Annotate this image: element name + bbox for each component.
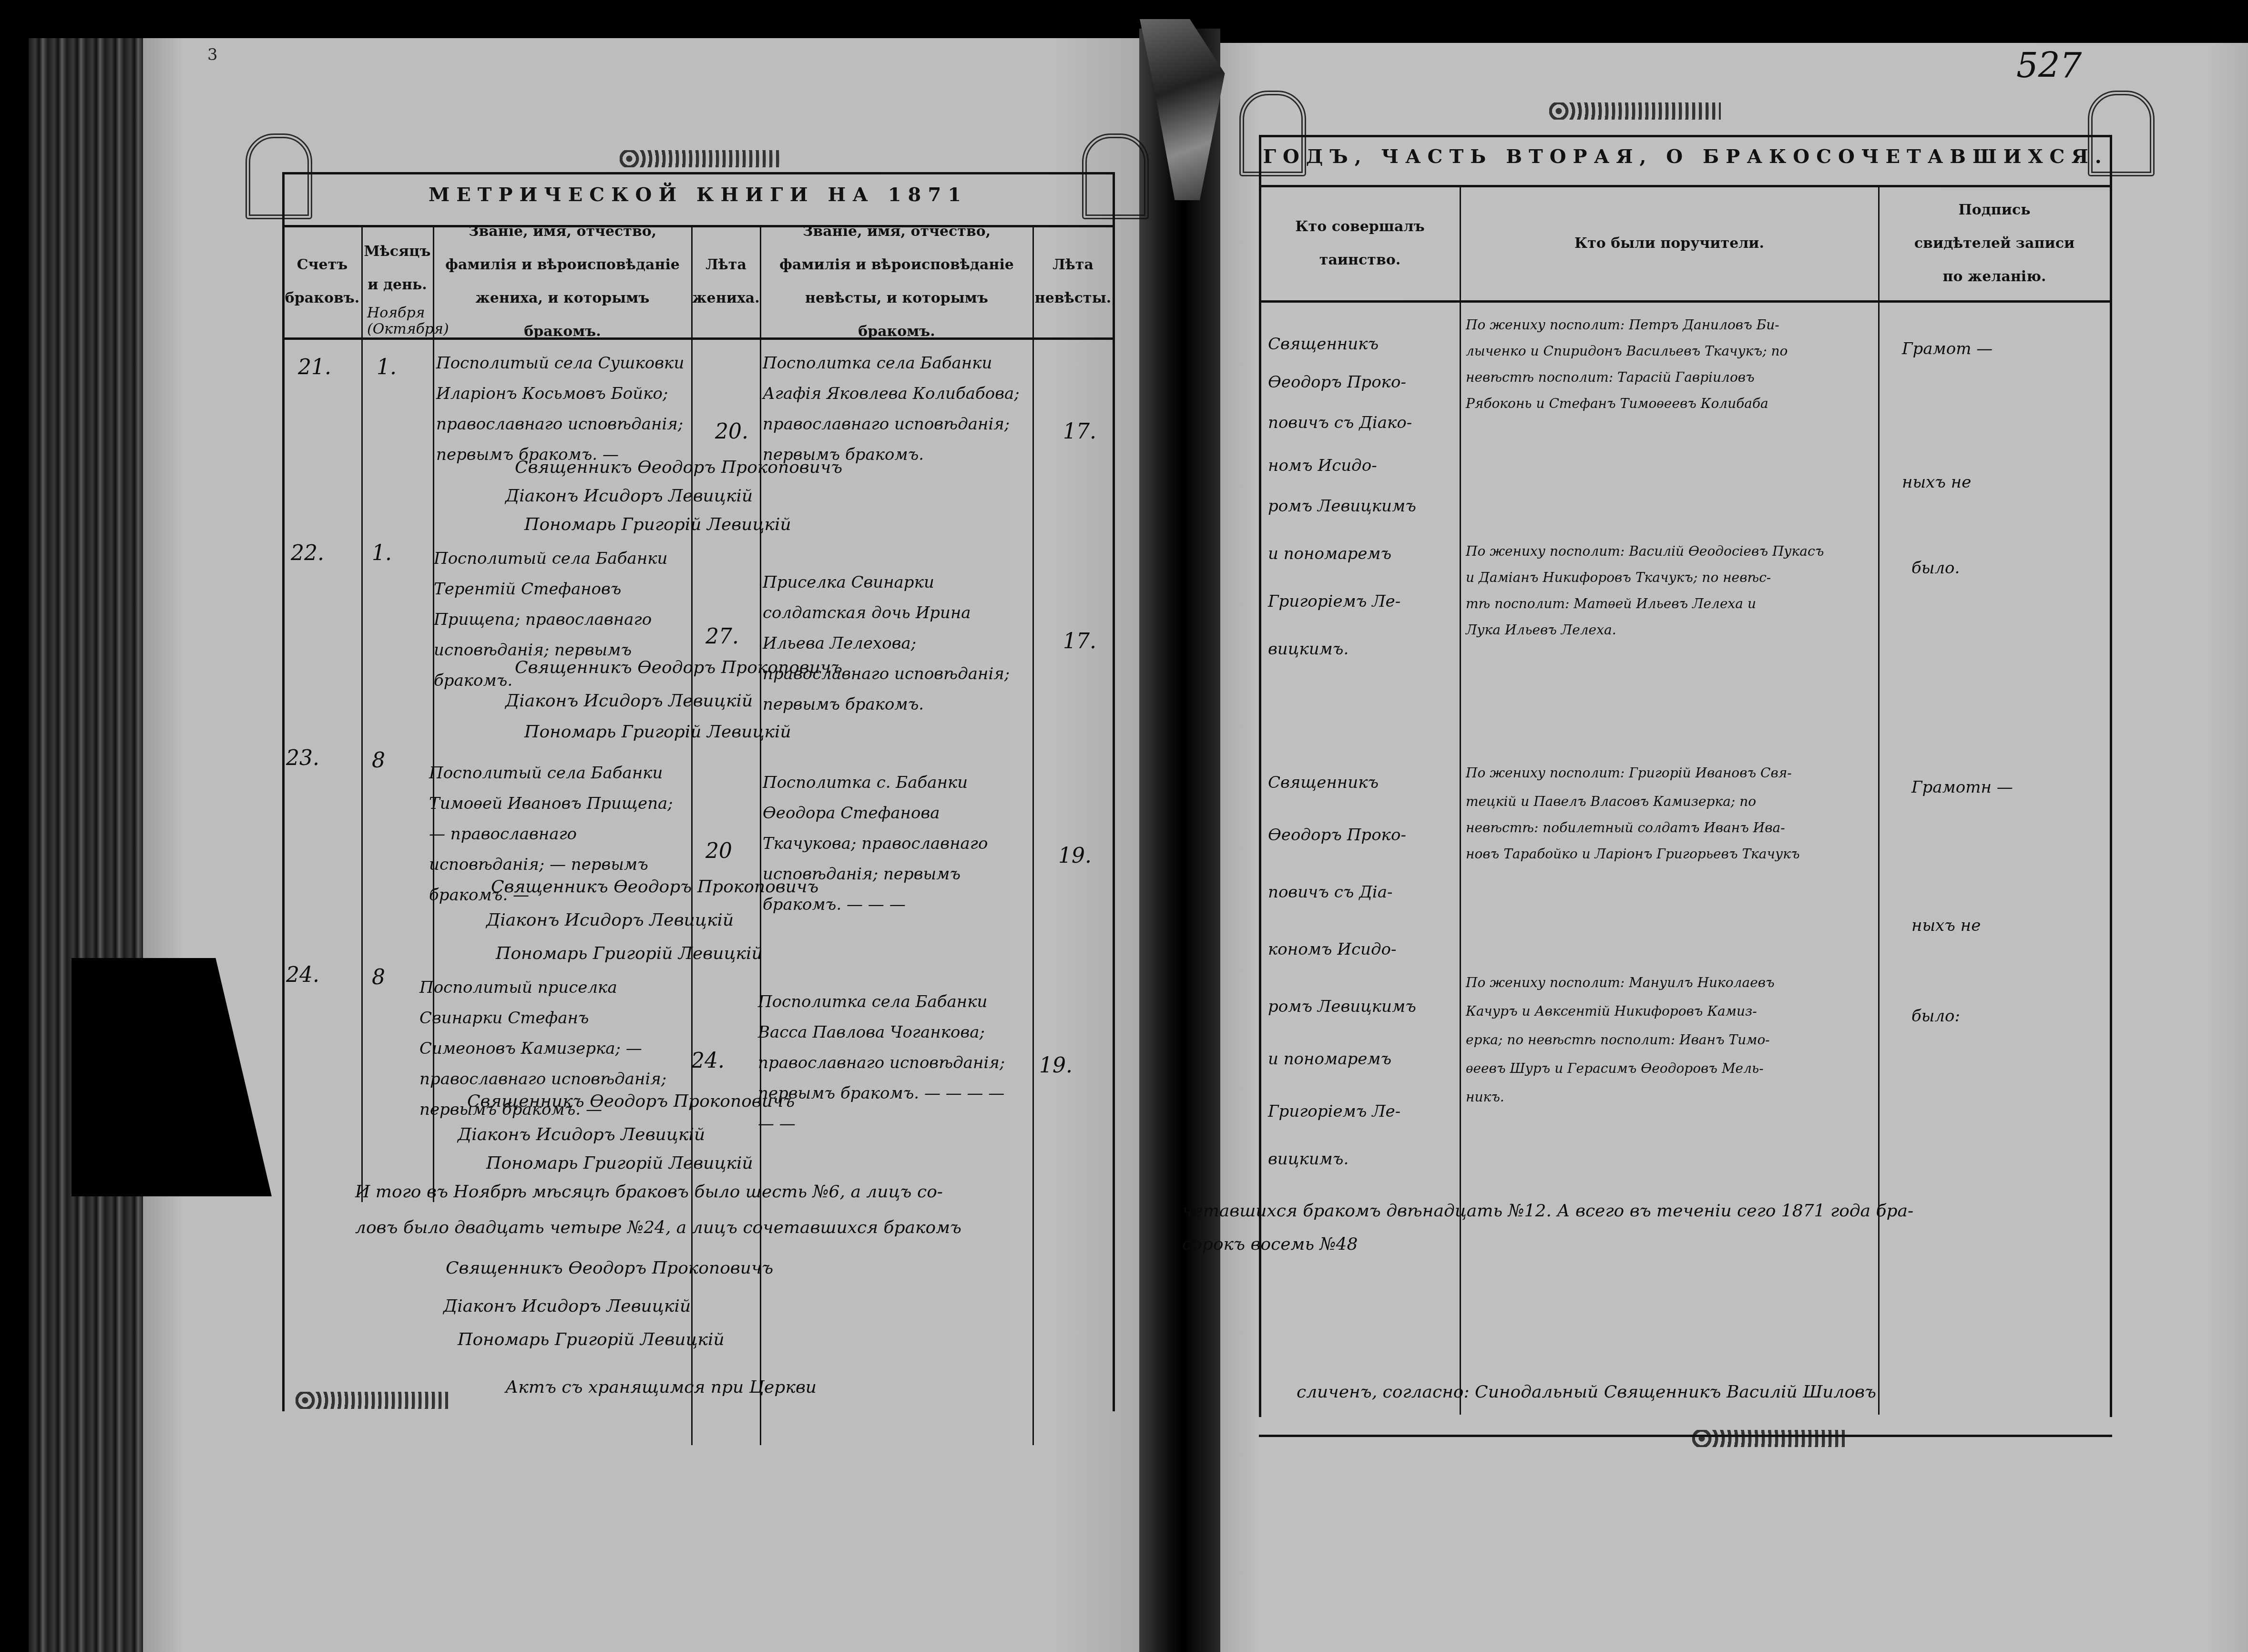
yearly-summary-line-2: сорокъ восемь №48 (1182, 1234, 1358, 1254)
officiant-line: Өеодоръ Проко- (1268, 367, 1406, 398)
witness-line: Грамот — (1902, 334, 1993, 364)
monthly-summary-line-2: ловъ было двадцать четыре №24, а лицъ со… (355, 1218, 961, 1237)
bottom-ornament-icon (1692, 1430, 1845, 1447)
signature-sexton: Пономарь Григорій Левицкій (486, 1153, 753, 1173)
officiant-line: вицкимъ. (1268, 634, 1349, 664)
corner-ornament-icon (1082, 133, 1149, 219)
groom-age: 20. (715, 419, 748, 444)
book-page-edges (29, 38, 153, 1652)
bride-age: 19. (1058, 844, 1092, 868)
top-ornament-icon (620, 150, 782, 167)
top-ornament-icon (1549, 102, 1721, 120)
col-header-sponsors: Кто были поручители. (1461, 188, 1877, 299)
sponsor-line: Лука Ильевъ Лелеха. (1466, 615, 1616, 645)
witness-line: было: (1911, 1001, 1960, 1031)
sponsor-line: По жениху посполит: Мануилъ Николаевъ (1466, 968, 1775, 998)
sponsor-line: никъ. (1466, 1082, 1504, 1112)
officiant-line: и пономаремъ (1268, 1044, 1391, 1074)
officiant-line: Григоріемъ Ле- (1268, 586, 1400, 617)
officiant-line: повичъ съ Діа- (1268, 877, 1392, 908)
signature-deacon: Діаконъ Исидоръ Левицкій (505, 691, 753, 711)
corner-ornament-icon (245, 133, 312, 219)
signature-priest: Священникъ Өеодоръ Прокоповичъ (467, 1091, 795, 1111)
bride-age: 17. (1063, 419, 1096, 444)
signature-sexton: Пономарь Григорій Левицкій (524, 515, 791, 534)
signature-priest: Священникъ Өеодоръ Прокоповичъ (515, 658, 842, 677)
bride-details: Приселка Свинарки солдатская дочь Ирина … (763, 567, 1030, 720)
yearly-summary-line-1: четавшихся бракомъ двѣнадцать №12. А все… (1182, 1201, 1913, 1221)
bottom-ornament-icon (296, 1392, 448, 1409)
signature-deacon: Діаконъ Исидоръ Левицкій (458, 1125, 705, 1144)
page-number: 527 (2016, 45, 2082, 85)
officiant-line: Григоріемъ Ле- (1268, 1096, 1400, 1127)
witness-line: Грамотн — (1911, 772, 2013, 803)
signature-priest: Священникъ Өеодоръ Прокоповичъ (491, 877, 818, 897)
bride-age: 19. (1039, 1053, 1073, 1078)
bride-details: Посполитка села Бабанки Васса Павлова Чо… (758, 987, 1025, 1139)
groom-age: 20 (705, 839, 732, 863)
signature-deacon: Діаконъ Исидоръ Левицкій (486, 910, 734, 930)
entry-count: 21. (298, 355, 331, 379)
signature-sexton: Пономарь Григорій Левицкій (496, 944, 763, 963)
groom-age: 24. (691, 1049, 725, 1073)
col-header-bride-age: Лѣта невѣсты. (1034, 228, 1112, 335)
col-header-count: Счетъ браковъ. (285, 228, 360, 335)
sponsor-line: По жениху посполит: Григорій Ивановъ Свя… (1466, 758, 1792, 788)
officiant-line: Священникъ (1268, 329, 1379, 359)
officiant-line: Священникъ (1268, 767, 1379, 798)
monthly-summary-line-1: И того въ Ноябрѣ мѣсяцѣ браковъ было шес… (355, 1182, 943, 1202)
entry-day: 8 (372, 965, 385, 989)
book-binding (1139, 29, 1220, 1652)
entry-count: 24. (286, 963, 319, 987)
entry-count: 23. (286, 746, 319, 770)
summary-signature-priest: Священникъ Өеодоръ Прокоповичъ (446, 1258, 773, 1278)
month-annotation: Ноября (Октября) (367, 305, 434, 337)
signature-sexton: Пономарь Григорій Левицкій (524, 722, 791, 742)
verification-note-left: Актъ съ хранящимся при Церкви (505, 1377, 817, 1397)
col-header-witness-signatures: Подпись свидѣтелей записи по желанію. (1880, 188, 2109, 299)
right-page-title: ГОДЪ, ЧАСТЬ ВТОРАЯ, О БРАКОСОЧЕТАВШИХСЯ. (1259, 145, 2112, 168)
sponsor-line: новъ Тарабойко и Ларіонъ Григорьевъ Ткач… (1466, 839, 1800, 869)
bride-details: Посполитка села Бабанки Агафія Яковлева … (763, 348, 1030, 470)
col-header-officiant: Кто совершалъ таинство. (1261, 188, 1459, 299)
witness-line: ныхъ не (1911, 910, 1981, 941)
witness-line: ныхъ не (1902, 467, 1971, 498)
signature-deacon: Діаконъ Исидоръ Левицкій (505, 486, 753, 506)
sponsor-line: Рябоконь и Стефанъ Тимоѳеевъ Колибаба (1466, 388, 1768, 419)
witness-line: было. (1911, 553, 1960, 583)
verification-note-right: сличенъ, согласно: Синодальный Священник… (1297, 1382, 1876, 1402)
officiant-line: вицкимъ. (1268, 1144, 1349, 1174)
groom-age: 27. (705, 624, 739, 649)
officiant-line: и пономаремъ (1268, 539, 1391, 569)
entry-day: 1. (377, 355, 397, 379)
col-header-groom-age: Лѣта жениха. (693, 228, 759, 335)
corner-mark: 3 (207, 45, 218, 64)
entry-count: 22. (291, 541, 324, 565)
officiant-line: ромъ Левицкимъ (1268, 491, 1416, 521)
bride-details: Посполитка с. Бабанки Өеодора Стефанова … (763, 767, 1030, 920)
summary-signature-sexton: Пономарь Григорій Левицкій (458, 1330, 725, 1349)
officiant-line: ромъ Левицкимъ (1268, 991, 1416, 1022)
entry-day: 1. (372, 541, 392, 565)
sponsor-line: ерка; по невѣстѣ посполит: Иванъ Тимо- (1466, 1025, 1770, 1055)
signature-priest: Священникъ Өеодоръ Прокоповичъ (515, 458, 842, 477)
sponsor-line: Качуръ и Авксентій Никифоровъ Камиз- (1466, 996, 1757, 1027)
sponsor-line: ѳеевъ Шуръ и Герасимъ Өеодоровъ Мель- (1466, 1053, 1764, 1084)
col-header-groom: Званіе, имя, отчество, фамилія и вѣроисп… (435, 228, 690, 335)
entry-day: 8 (372, 748, 385, 773)
summary-signature-deacon: Діаконъ Исидоръ Левицкій (443, 1296, 691, 1316)
col-header-bride: Званіе, имя, отчество, фамилія и вѣроисп… (762, 228, 1032, 335)
officiant-line: повичъ съ Діако- (1268, 408, 1412, 438)
col-header-month-day: Мѣсяцъ и день. (363, 228, 432, 309)
bride-age: 17. (1063, 629, 1096, 653)
officiant-line: кономъ Исидо- (1268, 934, 1396, 965)
groom-details: Посполитый села Сушковки Иларіонъ Косьмо… (436, 348, 689, 470)
officiant-line: номъ Исидо- (1268, 450, 1377, 481)
left-page-title: МЕТРИЧЕСКОЙ КНИГИ НА 1871 (282, 184, 1114, 206)
officiant-line: Өеодоръ Проко- (1268, 820, 1406, 850)
